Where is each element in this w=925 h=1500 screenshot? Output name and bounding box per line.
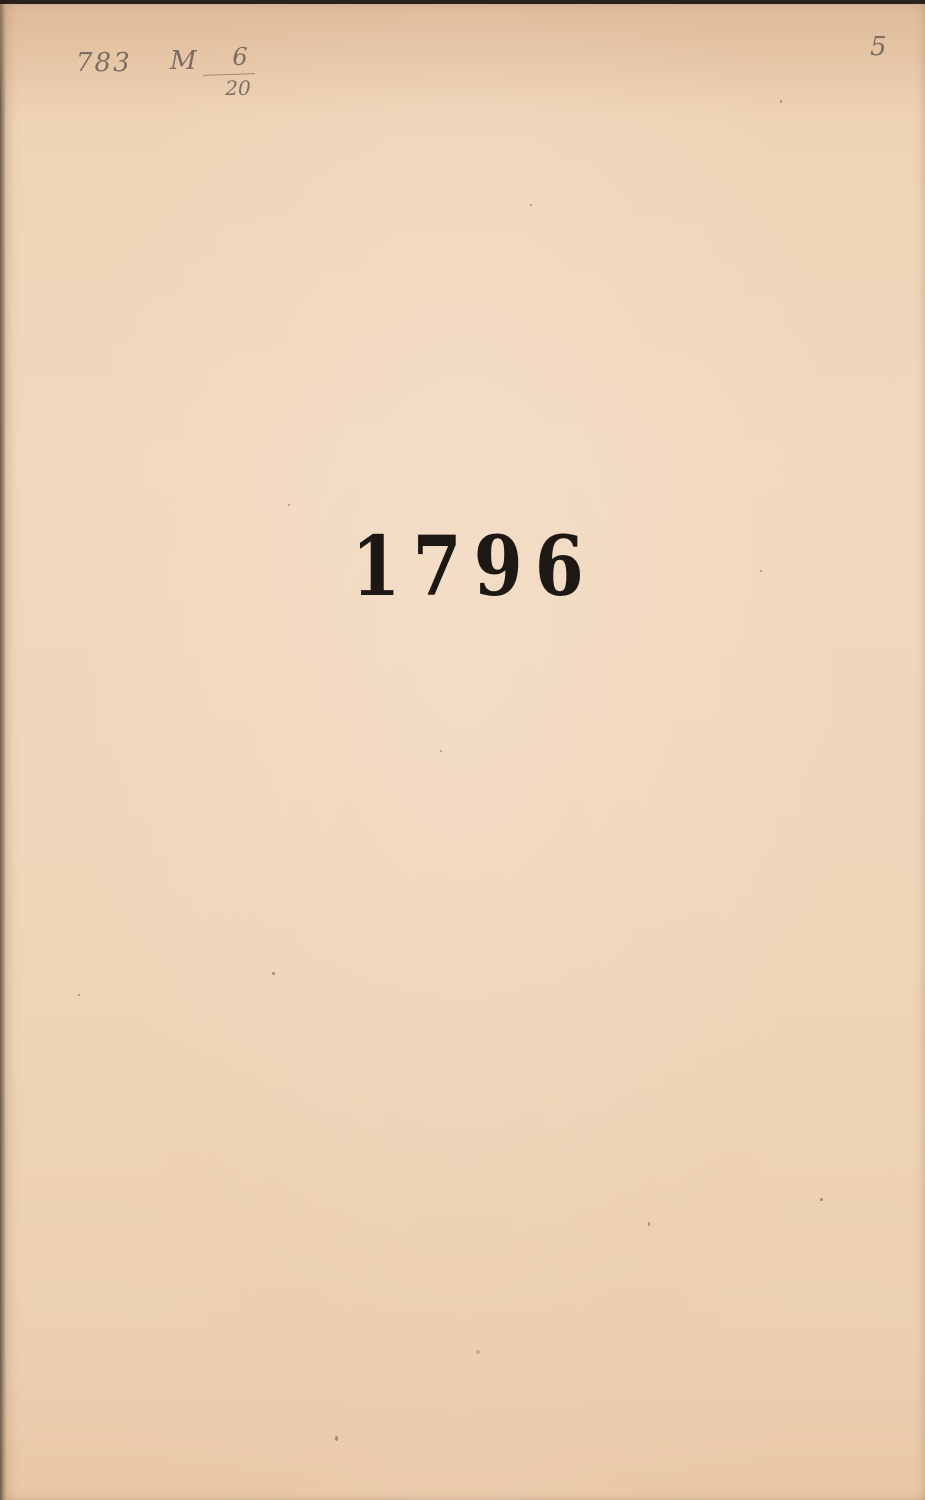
paper-speckle <box>780 100 782 103</box>
page-number-annotation: 5 <box>870 32 887 62</box>
paper-speckle <box>530 204 532 206</box>
paper-speckle <box>440 750 442 752</box>
shelfmark-fraction-annotation: 6 20 <box>195 44 265 99</box>
document-page: 783 M 6 20 5 1796 <box>0 4 925 1500</box>
shelfmark-prefix-annotation: M <box>170 46 197 76</box>
paper-speckle <box>760 570 762 572</box>
paper-speckle <box>476 1350 480 1354</box>
paper-speckle <box>820 1198 823 1201</box>
paper-speckle <box>288 504 290 506</box>
catalog-number-annotation: 783 <box>76 48 132 78</box>
top-discoloration <box>0 4 925 114</box>
title-year: 1796 <box>66 519 872 615</box>
shelfmark-fraction-top: 6 <box>195 44 265 70</box>
binding-edge <box>0 4 6 1500</box>
paper-speckle <box>335 1436 338 1441</box>
paper-speckle <box>78 994 80 996</box>
paper-speckle <box>272 972 275 975</box>
paper-speckle <box>648 1222 650 1226</box>
shelfmark-fraction-bottom: 20 <box>195 77 265 99</box>
